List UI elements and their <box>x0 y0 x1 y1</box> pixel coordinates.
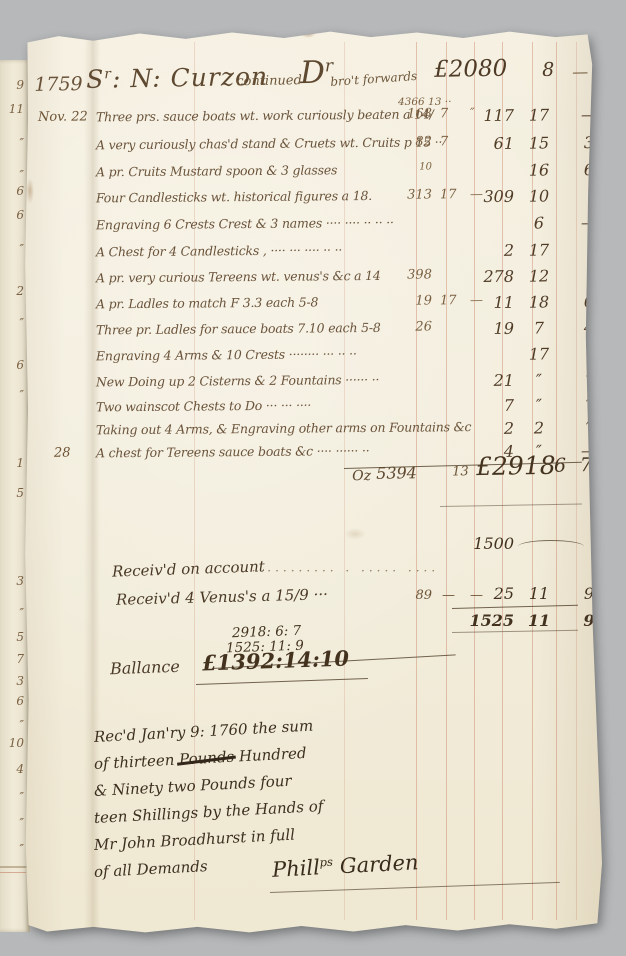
ounces-value: 168 <box>368 106 432 122</box>
row-description: Taking out 4 Arms, & Engraving other arm… <box>96 419 471 437</box>
balance-underline <box>196 678 368 685</box>
ledger-row: A Chest for 4 Candlesticks , ···· ··· ··… <box>24 240 602 269</box>
total-ounces-dwt: 13 <box>452 464 469 479</box>
amount-pence: 3 <box>574 133 604 152</box>
receipt-line: & Ninety two Pounds four <box>94 772 293 800</box>
amount-shillings: 15 <box>521 133 557 152</box>
prev-page-amount: 7 <box>0 652 24 666</box>
amount-pounds: 309 <box>454 187 514 207</box>
row-description: Engraving 6 Crests Crest & 3 names ···· … <box>96 215 394 233</box>
amount-pence: ″ <box>574 370 604 389</box>
amount-pence: — <box>574 105 604 124</box>
oz-label: Oz <box>352 468 371 484</box>
prev-page-amount: ″ <box>0 718 24 732</box>
ounces-value: 19 <box>368 293 432 309</box>
amount-pence: ″ <box>574 395 604 414</box>
brought-forward-amount: £2080 <box>434 56 508 83</box>
prev-page-amount: 4 <box>0 762 24 776</box>
amount-pounds: 278 <box>454 267 514 287</box>
amount-shillings: 7 <box>521 318 557 337</box>
prev-page-amount: 10 <box>0 736 24 750</box>
prev-page-amount: ″ <box>0 242 24 256</box>
prev-page-amount: 6 <box>0 694 24 708</box>
amount-pounds: 7 <box>454 396 514 416</box>
amount-pounds: 19 <box>454 319 514 339</box>
ledger-row: A pr. Cruits Mustard spoon & 3 glasses10… <box>24 160 602 189</box>
amount-pounds: 2 <box>454 419 514 439</box>
prev-page-amount: 3 <box>0 574 24 588</box>
prev-page-amount: ″ <box>0 842 24 856</box>
ounces-value: 10 <box>368 161 432 173</box>
prev-page-amount: 9 <box>0 78 24 92</box>
amount-shillings: 2 <box>521 418 557 437</box>
amount-pounds: 21 <box>454 371 514 391</box>
brought-forward-shillings: 8 <box>542 59 554 81</box>
ledger-row: A pr. Ladles to match F 3.3 each 5-81917… <box>24 292 602 321</box>
paper-stain <box>300 28 316 38</box>
ledger-row: Three pr. Ladles for sauce boats 7.10 ea… <box>24 318 602 347</box>
amount-shillings: 17 <box>521 240 557 259</box>
prev-page-amount: 6 <box>0 358 24 372</box>
received-shillings: 11 <box>521 584 557 603</box>
row-description: A pr. Cruits Mustard spoon & 3 glasses <box>96 162 337 179</box>
ounces-value: 398 <box>368 267 432 283</box>
prev-page-amount: 6 <box>0 184 24 198</box>
amount-shillings: 10 <box>521 186 557 205</box>
prev-page-amount: 2 <box>0 284 24 298</box>
ledger-row: New Doing up 2 Cisterns & 2 Fountains ··… <box>24 370 602 399</box>
debit-mark: Dr <box>300 55 334 92</box>
ounces-value: 26 <box>368 319 432 335</box>
brought-forward-pence: — <box>572 62 588 81</box>
received-total-pounds: 1525 <box>448 611 514 630</box>
ledger-page: 1759 Sr: N: Curzon continued Dr bro't fo… <box>24 28 602 936</box>
total-ounces: 5394 <box>376 463 417 483</box>
received-total-shillings: 11 <box>521 611 557 630</box>
row-description: A Chest for 4 Candlesticks , ···· ··· ··… <box>96 242 342 259</box>
received-pence: 9 <box>574 584 604 603</box>
entry-date: Nov. 22 <box>38 109 92 124</box>
prev-page-amount: ″ <box>0 388 24 402</box>
ledger-row: Nov. 22Three prs. sauce boats wt. work c… <box>24 105 602 134</box>
dotted-leader: · · ········· · ····· ···· <box>236 564 439 578</box>
account-header: 1759 Sr: N: Curzon continued Dr bro't fo… <box>24 58 602 68</box>
row-description: Engraving 4 Arms & 10 Crests ········ ··… <box>96 346 357 363</box>
total-pence: 7 <box>580 454 592 476</box>
struck-word: Pounds <box>179 748 235 769</box>
total-rule <box>440 504 582 507</box>
sum-rule <box>452 630 578 633</box>
received-pounds: 25 <box>454 584 514 603</box>
prev-page-amount: ″ <box>0 790 24 804</box>
balance-label: Ballance <box>110 657 180 678</box>
row-description: Two wainscot Chests to Do ··· ··· ···· <box>96 397 311 414</box>
total-shillings: 6 <box>554 455 566 477</box>
row-description: Three pr. Ladles for sauce boats 7.10 ea… <box>96 320 381 337</box>
amount-shillings: ″ <box>521 370 557 389</box>
amount-pence: · <box>574 344 604 363</box>
pen-flourish <box>518 540 584 553</box>
amount-shillings: 18 <box>521 292 557 311</box>
paper-stain <box>344 528 366 540</box>
sum-rule <box>452 605 578 609</box>
row-description: A pr. very curious Tereens wt. venus's &… <box>96 268 381 285</box>
received-ounces: 89 <box>368 588 432 603</box>
amount-pence: · <box>574 240 604 259</box>
ounces-value: 313 <box>368 187 432 203</box>
row-description: A pr. Ladles to match F 3.3 each 5-8 <box>96 294 318 311</box>
balance-amount: £1392:14:10 <box>202 645 350 675</box>
amount-pounds: 2 <box>454 241 514 261</box>
prev-page-amount: 6 <box>0 208 24 222</box>
ledger-row: Engraving 4 Arms & 10 Crests ········ ··… <box>24 344 602 373</box>
ounces-value: 82 <box>368 134 432 150</box>
amount-pounds: 61 <box>454 134 514 154</box>
receipt-line: teen Shillings by the Hands of <box>94 797 324 827</box>
received-venus-label: Receiv'd 4 Venus's a 15/9 ··· <box>116 585 328 609</box>
amount-pounds: 11 <box>454 293 514 313</box>
prev-page-amount: 3 <box>0 674 24 688</box>
amount-pence: — <box>574 441 604 460</box>
prev-page-amount: 5 <box>0 630 24 644</box>
amount-pence: 6 <box>574 292 604 311</box>
ledger-row: Engraving 6 Crests Crest & 3 names ···· … <box>24 213 602 242</box>
prev-page-amount: ″ <box>0 136 24 150</box>
signature: Phillps Garden <box>271 850 419 882</box>
row-description: A chest for Tereens sauce boats &c ···· … <box>96 443 370 460</box>
year-label: 1759 <box>34 73 83 96</box>
row-description: New Doing up 2 Cisterns & 2 Fountains ··… <box>96 372 379 389</box>
amount-pounds: 117 <box>454 106 514 126</box>
ledger-page-wrap: 1759 Sr: N: Curzon continued Dr bro't fo… <box>24 28 602 936</box>
prev-page-amount: ″ <box>0 606 24 620</box>
amount-pence: ″ <box>574 418 604 437</box>
amount-pence: 6 <box>574 160 604 179</box>
prev-page-amount: 5 <box>0 486 24 500</box>
amount-shillings: ″ <box>521 395 557 414</box>
amount-shillings: 17 <box>521 105 557 124</box>
strip-rule-line <box>0 872 26 873</box>
ledger-row: A very curiously chas'd stand & Cruets w… <box>24 133 602 162</box>
amount-shillings: 6 <box>521 213 557 232</box>
prev-page-amount: 1 <box>0 456 24 470</box>
ledger-row: Four Candlesticks wt. historical figures… <box>24 186 602 215</box>
prev-page-amount: ″ <box>0 168 24 182</box>
amount-pence: — <box>574 213 604 232</box>
prev-page-amount: ″ <box>0 816 24 830</box>
receipt-line: of all Demands <box>94 857 208 881</box>
prev-page-amount: 11 <box>0 102 24 116</box>
signature-flourish <box>270 882 560 893</box>
amount-pence: 4 <box>574 318 604 337</box>
continued-label: continued <box>236 73 302 89</box>
received-advance-amount: 1500 <box>454 534 514 553</box>
received-total-pence: 9 <box>574 611 604 630</box>
amount-shillings: 17 <box>521 344 557 363</box>
receipt-line: of thirteen Pounds Hundred <box>94 744 307 773</box>
amount-shillings: 12 <box>521 266 557 285</box>
amount-shillings: 16 <box>521 160 557 179</box>
ledger-row: A pr. very curious Tereens wt. venus's &… <box>24 266 602 295</box>
manuscript-photo: { "document": { "header": { "year": "175… <box>0 0 626 956</box>
total-amount: £2918 <box>476 451 556 481</box>
prev-page-amount: ″ <box>0 316 24 330</box>
row-description: Four Candlesticks wt. historical figures… <box>96 188 372 205</box>
receipt-line: Rec'd Jan'ry 9: 1760 the sum <box>94 717 314 746</box>
